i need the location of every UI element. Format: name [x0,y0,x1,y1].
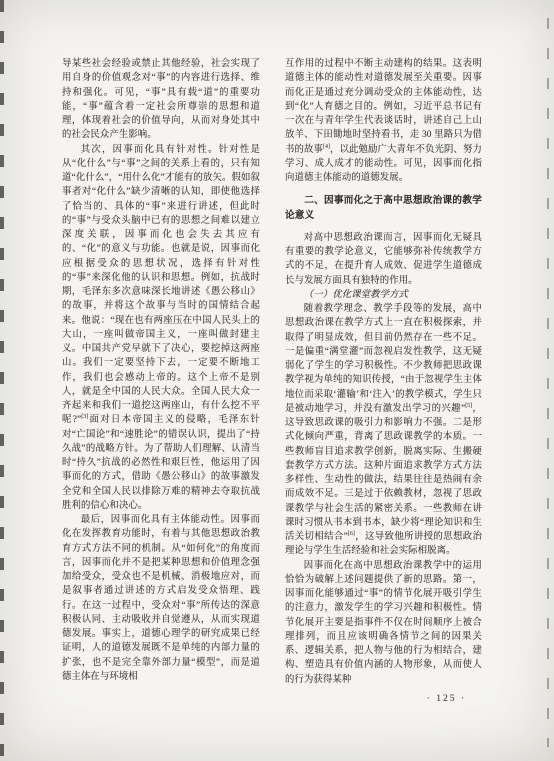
right-text-column: 互作用的过程中不断主动建构的结果。这表明道德主体的能动性对道德发展至关重要。因事… [285,57,482,706]
section-heading: 二、因事而化之于高中思想政治课的教学论意义 [285,194,482,223]
paragraph: 导某些社会经验或禁止其他经验，社会实现了用自身的价值观念对“事”的内容进行选择、… [62,57,260,143]
page-edge-marks-icon [547,18,549,747]
left-text-column: 导某些社会经验或禁止其他经验，社会实现了用自身的价值观念对“事”的内容进行选择、… [62,57,260,684]
paragraph: 其次，因事而化具有针对性。针对性是从“化什么”与“事”之间的关系上看的，只有知道… [62,143,260,514]
paragraph: 互作用的过程中不断主动建构的结果。这表明道德主体的能动性对道德发展至关重要。因事… [285,57,482,185]
paragraph: 对高中思想政治课而言，因事而化无疑具有重要的教学论意义，它能够弥补传统教学方式的… [285,231,482,288]
citation-marker: [3] [81,414,88,420]
paragraph: 随着教学理念、教学手段等的发展，高中思想政治课在教学方式上一直在积极探索，并取得… [285,302,482,559]
citation-marker: [5] [465,403,472,409]
binding-perforation-marks-icon [0,0,4,761]
paragraph: 最后，因事而化具有主体能动性。因事而化在发挥教育功能时，有着与其他思想政治教育方… [62,513,260,684]
scanned-document-page: 导某些社会经验或禁止其他经验，社会实现了用自身的价值观念对“事”的内容进行选择、… [0,0,554,761]
citation-marker: [4] [323,143,330,149]
subsection-heading: （一）优化课堂教学方式 [285,288,482,302]
page-number: · 125 · [285,692,482,706]
paragraph: 因事而化在高中思想政治课教学中的运用恰恰为破解上述问题提供了新的思路。第一，因事… [285,559,482,687]
citation-marker: [6] [348,531,355,537]
